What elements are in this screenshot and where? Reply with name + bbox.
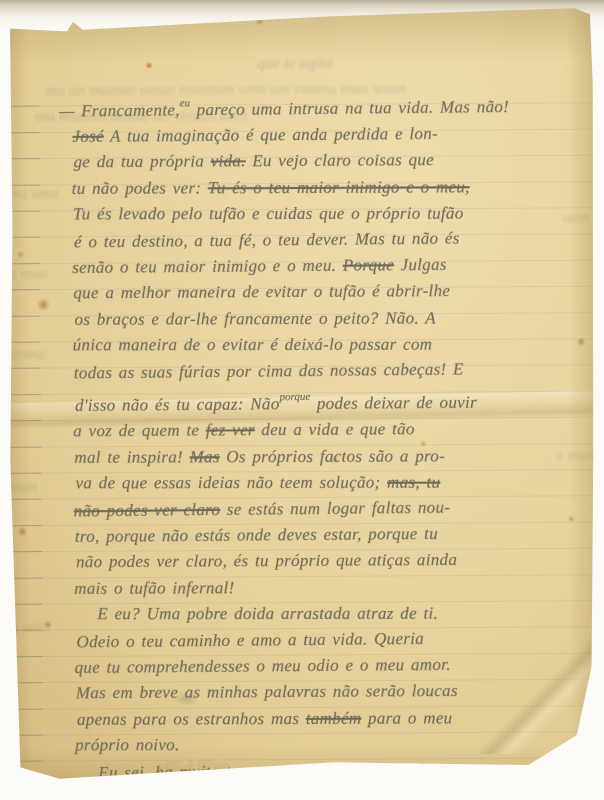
- word-run: Eu sei, ha muito tempo que sei a signifi…: [98, 760, 436, 782]
- bleed-through-text: que te agita: [257, 55, 333, 73]
- stain: [577, 337, 586, 346]
- word-run: os braços e dar-lhe francamente o peito?…: [74, 308, 435, 328]
- handwritten-line: não podes ver claro, és tu próprio que a…: [76, 547, 574, 576]
- handwritten-line: apenas para os estranhos mas também para…: [77, 705, 575, 733]
- handwritten-line: mais o tufão infernal!: [74, 574, 574, 602]
- word-run: mal te inspira!: [74, 447, 189, 466]
- handwritten-line: José A tua imaginação é que anda perdida…: [72, 120, 571, 150]
- struck-word: vida.: [211, 152, 246, 171]
- stain: [255, 17, 265, 25]
- word-run: que a melhor maneira de evitar o tufão é…: [73, 282, 450, 303]
- handwritten-line: Tu és levado pelo tufão e cuidas que o p…: [73, 200, 572, 227]
- word-run: Mas em breve as minhas palavras não serã…: [76, 682, 458, 703]
- handwritten-line: mal te inspira! Mas Os próprios factos s…: [74, 443, 573, 471]
- word-run: única maneira de o evitar é deixá-lo pas…: [73, 334, 433, 354]
- word-run: tro, porque não estás onde deves estar, …: [75, 524, 438, 546]
- handwritten-line: única maneira de o evitar é deixá-lo pas…: [73, 331, 573, 358]
- handwritten-line: os braços e dar-lhe francamente o peito?…: [74, 304, 572, 332]
- bleed-through-text: num u: [8, 266, 48, 284]
- word-run: va de que essas ideias não teem solução;: [76, 473, 388, 493]
- word-run: d'isso não és tu capaz: Não: [75, 394, 280, 415]
- bleed-through-text: umnu: [9, 346, 45, 364]
- word-run: ge da tua própria: [74, 152, 211, 172]
- word-run: todas as suas fúrias por cima das nossas…: [74, 359, 464, 382]
- handwritten-line: a voz de quem te fez ver deu a vida e qu…: [73, 416, 573, 445]
- word-run: Tu és levado pelo tufão e cuidas que o p…: [73, 203, 464, 223]
- handwritten-line: E eu? Uma pobre doida arrastada atraz de…: [75, 600, 574, 627]
- word-run: para o meu: [361, 708, 452, 727]
- stain: [36, 299, 50, 311]
- handwritten-line: Eu sei, ha muito tempo que sei a signifi…: [76, 755, 575, 786]
- word-run: A tua imaginação é que anda perdida e lo…: [104, 124, 438, 146]
- word-run: tu não podes ver:: [72, 178, 208, 198]
- bleed-through-layer: que te agitamune num umnnv mu nmu munnum…: [5, 7, 595, 11]
- handwritten-line: ge da tua própria vida. Eu vejo claro co…: [73, 147, 571, 176]
- word-run: apenas para os estranhos mas: [77, 709, 306, 729]
- stain: [43, 621, 52, 629]
- word-run: podes deixar de ouvir: [310, 393, 477, 413]
- struck-word: Mas: [189, 447, 219, 466]
- struck-word: não podes ver claro: [74, 500, 221, 521]
- word-run: se estás num logar faltas nou-: [220, 498, 450, 519]
- word-run: é o teu destino, a tua fé, o teu dever. …: [74, 228, 460, 251]
- word-run: próprio noivo.: [75, 735, 179, 754]
- handwritten-line: senão o teu maior inimigo e o meu. Porqu…: [72, 251, 572, 281]
- bleed-through-text: umu n: [10, 619, 50, 637]
- stain: [17, 527, 28, 537]
- word-run: — Francamente,: [59, 100, 180, 120]
- handwritten-line: va de que essas ideias não teem solução;…: [75, 469, 573, 496]
- struck-word: Tu és o teu maior inimigo e o meu,: [208, 177, 470, 197]
- bleed-through-text: nmu um: [8, 185, 59, 203]
- struck-word: fez ver: [206, 421, 255, 440]
- struck-word: mas, tu: [387, 472, 440, 491]
- word-run: Eu vejo claro coisas que: [246, 151, 434, 171]
- stain: [145, 62, 153, 69]
- word-run: mais o tufão infernal!: [74, 578, 234, 598]
- struck-word: Porque: [343, 256, 394, 275]
- handwritten-line: tu não podes ver: Tu és o teu maior inim…: [72, 173, 572, 201]
- word-run: Os próprios factos são a pro-: [220, 446, 445, 466]
- word-run: E eu? Uma pobre doida arrastada atraz de…: [97, 604, 438, 624]
- handwritten-line: — Francamente,eu pareço uma intrusa na t…: [71, 86, 571, 124]
- handwritten-line: que tu comprehendesses o meu odio e o me…: [75, 651, 575, 681]
- word-run: senão o teu maior inimigo e o meu.: [72, 256, 343, 277]
- handwritten-line: d'isso não és tu capaz: Nãoporque podes …: [75, 382, 573, 419]
- word-run: pareço uma intrusa na tua vida. Mas não!: [190, 97, 509, 119]
- handwritten-line: que a melhor maneira de evitar o tufão é…: [73, 278, 572, 307]
- word-run: Odeio o teu caminho e amo a tua vida. Qu…: [76, 629, 424, 652]
- inserted-word: eu: [180, 97, 191, 109]
- letter-page: que te agitamune num umnnv mu nmu munnum…: [5, 7, 600, 787]
- inserted-word: porque: [279, 391, 310, 403]
- word-run: a voz de quem te: [73, 421, 206, 441]
- handwritten-line: Mas em breve as minhas palavras não serã…: [76, 678, 575, 707]
- struck-word: José: [72, 127, 104, 146]
- handwritten-line: próprio noivo.: [75, 731, 575, 758]
- ruled-lines-left-edge: [5, 81, 43, 779]
- handwritten-line: tro, porque não estás onde deves estar, …: [75, 520, 574, 550]
- letter-lines: — Francamente,eu pareço uma intrusa na t…: [71, 87, 575, 785]
- scan-background: que te agitamune num umnnv mu nmu munnum…: [0, 0, 604, 800]
- word-run: deu a vida e que tão: [255, 420, 415, 440]
- bleed-through-text: num: [9, 479, 37, 497]
- struck-word: também: [306, 708, 362, 727]
- word-run: que tu comprehendesses o meu odio e o me…: [75, 655, 451, 677]
- stain: [16, 251, 25, 259]
- word-run: não podes ver claro, és tu próprio que a…: [76, 551, 457, 572]
- word-run: Julgas: [394, 255, 447, 274]
